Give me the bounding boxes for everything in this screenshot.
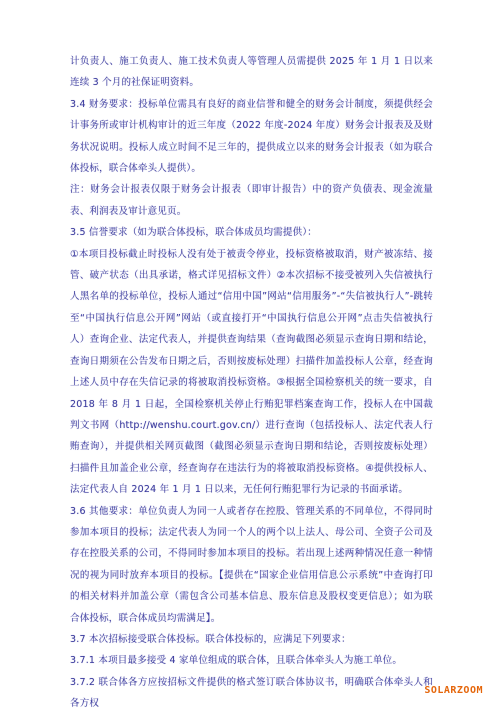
paragraph-3-5-credit-requirements-heading: 3.5 信誉要求（如为联合体投标，联合体成员均需提供）： (70, 222, 433, 243)
paragraph-social-security: 计负责人、施工负责人、施工技术负责人等管理人员需提供 2025 年 1 月 1 … (70, 51, 433, 94)
solarzoom-watermark: SOLARZOOM (424, 685, 483, 696)
paragraph-3-7-consortium-bidding: 3.7 本次招标接受联合体投标。联合体投标的，应满足下列要求： (70, 629, 433, 650)
paragraph-3-6-other-requirements: 3.6 其他要求：单位负责人为同一人或者存在控股、管理关系的不同单位，不得同时参… (70, 501, 433, 629)
paragraph-3-7-1-consortium-size: 3.7.1 本项目最多接受 4 家单位组成的联合体，且联合体牵头人为施工单位。 (70, 650, 433, 671)
document-page: 计负责人、施工负责人、施工技术负责人等管理人员需提供 2025 年 1 月 1 … (0, 0, 500, 710)
document-body: 计负责人、施工负责人、施工技术负责人等管理人员需提供 2025 年 1 月 1 … (70, 51, 433, 710)
paragraph-note-financial-reports: 注：财务会计报表仅限于财务会计报表（即审计报告）中的资产负债表、现金流量表、利润… (70, 179, 433, 222)
paragraph-3-5-credit-requirements-detail: ①本项目投标截止时投标人没有处于被责令停业，投标资格被取消，财产被冻结、接管、破… (70, 244, 433, 501)
paragraph-3-7-2-consortium-agreement: 3.7.2 联合体各方应按招标文件提供的格式签订联合体协议书，明确联合体牵头人和… (70, 672, 433, 710)
paragraph-3-4-financial-requirements: 3.4 财务要求：投标单位需具有良好的商业信誉和健全的财务会计制度，须提供经会计… (70, 94, 433, 180)
